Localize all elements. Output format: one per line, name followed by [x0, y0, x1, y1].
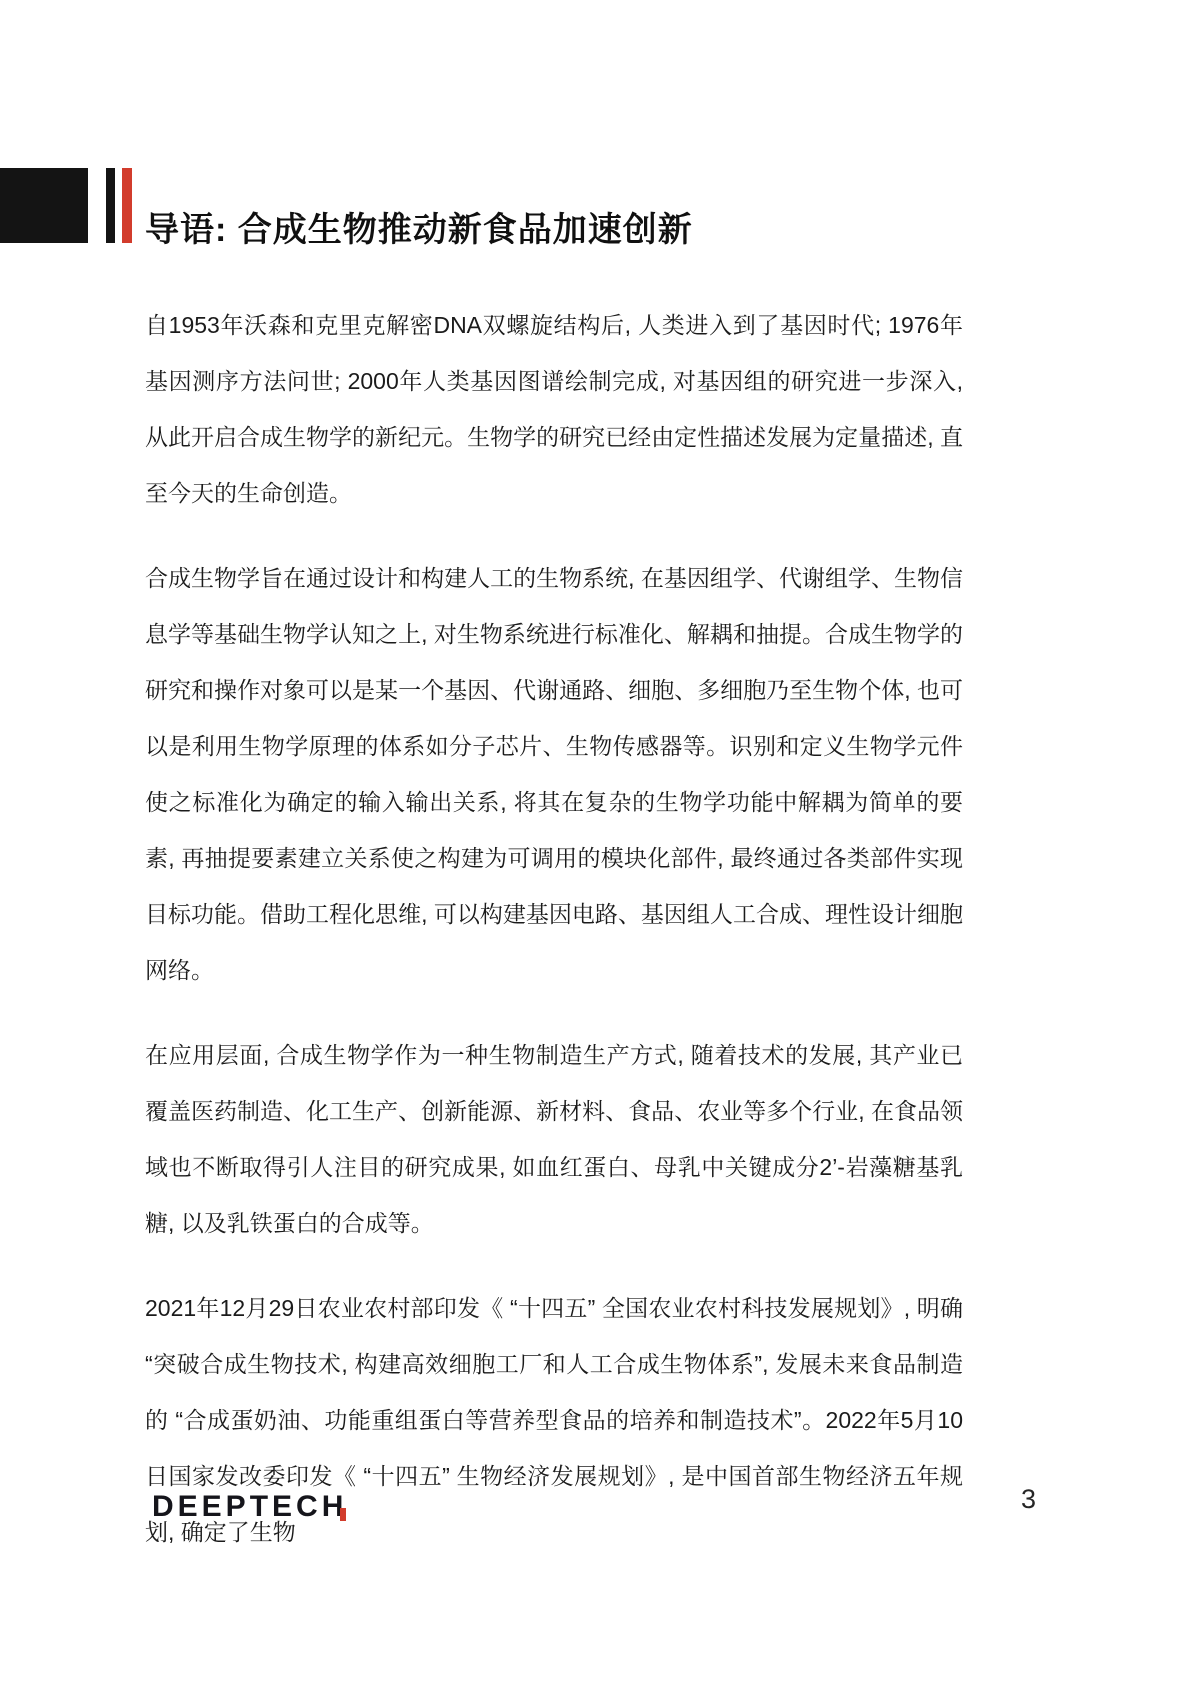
- paragraph-synbio-definition: 合成生物学旨在通过设计和构建人工的生物系统, 在基因组学、代谢组学、生物信息学等…: [145, 550, 963, 998]
- title-band: 导语: 合成生物推动新食品加速创新: [0, 168, 1186, 243]
- deeptech-logo-main: DEEPTEC: [152, 1490, 322, 1523]
- document-page: 导语: 合成生物推动新食品加速创新 自1953年沃森和克里克解密DNA双螺旋结构…: [0, 0, 1186, 1683]
- body-text: 自1953年沃森和克里克解密DNA双螺旋结构后, 人类进入到了基因时代; 197…: [145, 297, 963, 1589]
- paragraph-applications: 在应用层面, 合成生物学作为一种生物制造生产方式, 随着技术的发展, 其产业已覆…: [145, 1027, 963, 1251]
- title-accent-bar-red: [122, 168, 132, 243]
- deeptech-logo-letter-h: H: [322, 1492, 348, 1522]
- page-title: 导语: 合成生物推动新食品加速创新: [145, 213, 693, 247]
- title-accent-bar-black: [106, 168, 115, 243]
- title-accent-block: [0, 168, 88, 243]
- page-number: 3: [1021, 1486, 1036, 1513]
- deeptech-logo: DEEPTECH: [152, 1492, 347, 1522]
- paragraph-intro-history: 自1953年沃森和克里克解密DNA双螺旋结构后, 人类进入到了基因时代; 197…: [145, 297, 963, 521]
